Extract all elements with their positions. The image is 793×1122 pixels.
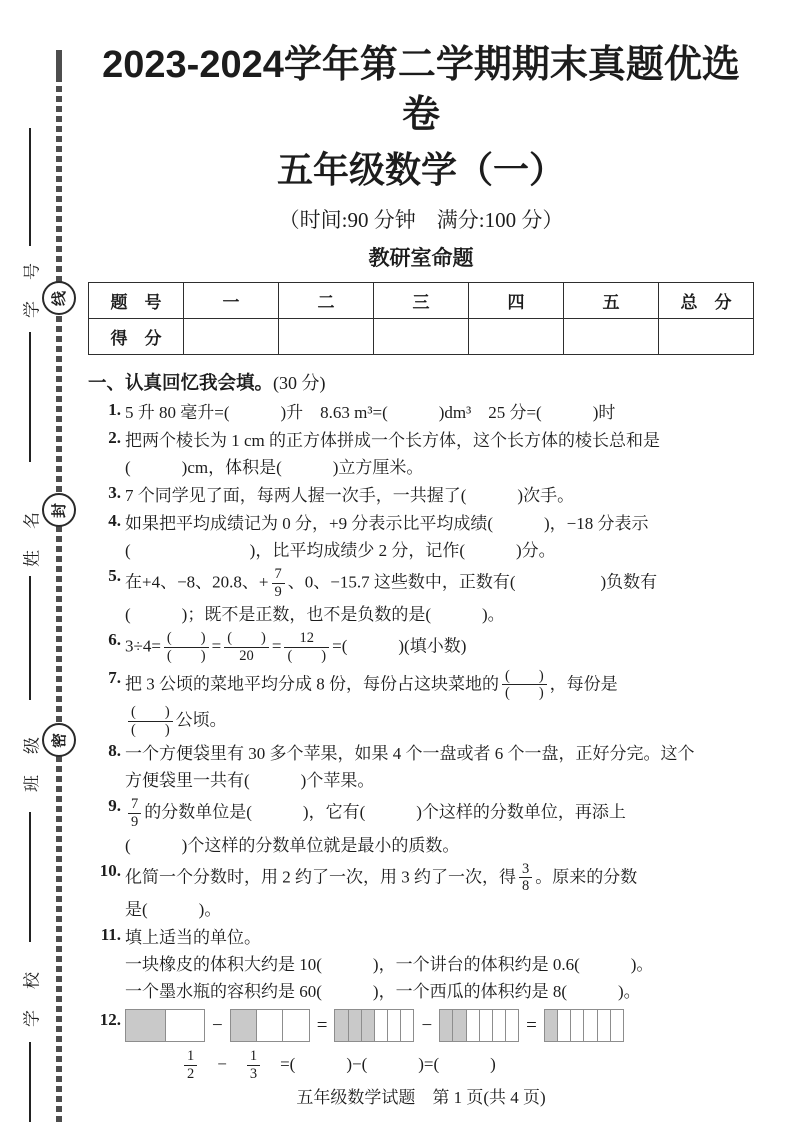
question-line: 填上适当的单位。	[125, 924, 754, 951]
write-on-line	[29, 1042, 31, 1122]
question-10: 10.化简一个分数时，用 2 约了一次，用 3 约了一次，得38。原来的分数是(…	[88, 860, 754, 923]
question-line: 在+4、−8、20.8、+79、0、−15.7 这些数中，正数有( )负数有	[125, 565, 754, 601]
question-number: 6.	[90, 630, 121, 650]
question-1: 1.5 升 80 毫升=( )升 8.63 m³=( )dm³ 25 分=( )…	[88, 399, 754, 426]
shaded-cell	[453, 1010, 466, 1041]
question-8: 8.一个方便袋里有 30 多个苹果，如果 4 个一盘或者 6 个一盘，正好分完。…	[88, 740, 754, 794]
question-number: 8.	[90, 741, 121, 761]
page-subtitle: 五年级数学（一）	[88, 146, 754, 193]
empty-cell	[401, 1010, 413, 1041]
score-cell	[184, 319, 279, 355]
seal-circle-feng: 封	[42, 493, 76, 527]
empty-cell	[506, 1010, 518, 1041]
question-11: 11.填上适当的单位。一块橡皮的体积大约是 10( )，一个讲台的体积约是 0.…	[88, 924, 754, 1005]
question-number: 12.	[90, 1010, 121, 1030]
score-row-label: 得 分	[89, 319, 184, 355]
operator: =	[317, 1015, 328, 1037]
seal-dotted-line	[56, 76, 62, 1122]
question-text: ( )，比平均成绩少 2 分，记作( )分。	[125, 541, 556, 560]
question-text: 。原来的分数	[535, 867, 637, 886]
empty-cell	[571, 1010, 584, 1041]
empty-cell	[375, 1010, 388, 1041]
shaded-cell	[335, 1010, 348, 1041]
fraction: 38	[519, 861, 532, 895]
fraction-numerator: 7	[272, 566, 285, 584]
fraction-denominator: 3	[247, 1066, 260, 1083]
question-9: 9.79的分数单位是( )，它有( )个这样的分数单位，再添上( )个这样的分数…	[88, 795, 754, 858]
question-7: 7.把 3 公顷的菜地平均分成 8 份，每份占这块菜地的( )( )，每份是( …	[88, 667, 754, 740]
questions-list: 1.5 升 80 毫升=( )升 8.63 m³=( )dm³ 25 分=( )…	[88, 399, 754, 1083]
fraction-numerator: 1	[247, 1048, 260, 1066]
question-line: ( )；既不是正数，也不是负数的是( )。	[125, 601, 754, 628]
write-on-line	[29, 332, 31, 462]
empty-cell	[598, 1010, 611, 1041]
question-text: −	[200, 1055, 244, 1074]
question-text: ，每份是	[550, 674, 618, 693]
question-text: 把 3 公顷的菜地平均分成 8 份，每份占这块菜地的	[125, 674, 499, 693]
question-3: 3.7 个同学见了面，每两人握一次手，一共握了( )次手。	[88, 482, 754, 509]
fraction-numerator: 12	[284, 630, 329, 648]
score-cell	[564, 319, 659, 355]
score-table-header-cell: 题 号	[89, 283, 184, 319]
fraction-numerator: 1	[184, 1048, 197, 1066]
question-number: 4.	[90, 511, 121, 531]
question-line: 一个方便袋里有 30 多个苹果，如果 4 个一盘或者 6 个一盘，正好分完。这个	[125, 740, 754, 767]
fraction-denominator: 9	[272, 584, 285, 601]
write-on-line	[29, 812, 31, 942]
question-line: ( )cm，体积是( )立方厘米。	[125, 454, 754, 481]
question-line: 把 3 公顷的菜地平均分成 8 份，每份占这块菜地的( )( )，每份是	[125, 667, 754, 703]
section-points: (30 分)	[273, 373, 326, 393]
fraction: ( )20	[224, 630, 269, 664]
fraction-numerator: ( )	[128, 704, 173, 722]
question-line: 把两个棱长为 1 cm 的正方体拼成一个长方体，这个长方体的棱长总和是	[125, 427, 754, 454]
question-number: 5.	[90, 566, 121, 586]
side-label-class: 班 级	[18, 724, 43, 804]
score-cell	[659, 319, 754, 355]
question-text: 填上适当的单位。	[125, 928, 261, 947]
question-text: ( )cm，体积是( )立方厘米。	[125, 458, 423, 477]
operator: =	[526, 1015, 537, 1037]
exam-paper-page: 学 号 姓 名 班 级 学 校 线 封 密 2023-2024学年第二学期期末真…	[0, 0, 793, 1122]
fraction: ( )( )	[128, 704, 173, 738]
question-number: 1.	[90, 400, 121, 420]
empty-cell	[257, 1010, 283, 1041]
question-text: 7 个同学见了面，每两人握一次手，一共握了( )次手。	[125, 486, 574, 505]
equation-line: 12 − 13 =( )−( )=( )	[125, 1047, 754, 1083]
fraction-numerator: ( )	[164, 630, 209, 648]
question-line: 化简一个分数时，用 2 约了一次，用 3 约了一次，得38。原来的分数	[125, 860, 754, 896]
score-table-header-cell: 二	[279, 283, 374, 319]
empty-cell	[493, 1010, 506, 1041]
question-line: 一块橡皮的体积大约是 10( )，一个讲台的体积约是 0.6( )。	[125, 951, 754, 978]
fraction-bar	[125, 1009, 205, 1042]
score-cell	[374, 319, 469, 355]
empty-cell	[166, 1010, 205, 1041]
fraction-denominator: ( )	[128, 722, 173, 739]
fraction-numerator: 3	[519, 861, 532, 879]
question-line: 7 个同学见了面，每两人握一次手，一共握了( )次手。	[125, 482, 754, 509]
question-number: 2.	[90, 428, 121, 448]
fraction: 12( )	[284, 630, 329, 664]
fraction: ( )( )	[502, 668, 547, 702]
fraction: 79	[272, 566, 285, 600]
question-text: ( )；既不是正数，也不是负数的是( )。	[125, 605, 505, 624]
empty-cell	[584, 1010, 597, 1041]
seal-circle-char: 封	[48, 502, 69, 517]
fraction-denominator: ( )	[284, 648, 329, 665]
question-text: 的分数单位是( )，它有( )个这样的分数单位，再添上	[144, 803, 626, 822]
question-4: 4.如果把平均成绩记为 0 分，+9 分表示比平均成绩( )，−18 分表示( …	[88, 510, 754, 564]
operator: −	[212, 1015, 223, 1037]
question-6: 6.3÷4=( )( )=( )20=12( )=( )(填小数)	[88, 629, 754, 665]
question-line: 方便袋里一共有( )个苹果。	[125, 767, 754, 794]
shaded-cell	[231, 1010, 257, 1041]
exam-setter: 教研室命题	[88, 245, 754, 272]
seal-circle-char: 密	[48, 732, 69, 747]
empty-cell	[558, 1010, 571, 1041]
score-table-header-cell: 五	[564, 283, 659, 319]
question-number: 10.	[90, 861, 121, 881]
score-table-header-cell: 三	[374, 283, 469, 319]
question-text: 把两个棱长为 1 cm 的正方体拼成一个长方体，这个长方体的棱长总和是	[125, 431, 660, 450]
question-2: 2.把两个棱长为 1 cm 的正方体拼成一个长方体，这个长方体的棱长总和是( )…	[88, 427, 754, 481]
question-text: 方便袋里一共有( )个苹果。	[125, 771, 374, 790]
page-title: 2023-2024学年第二学期期末真题优选卷	[88, 40, 754, 140]
empty-cell	[480, 1010, 493, 1041]
fraction-denominator: 20	[224, 648, 269, 665]
question-line: 3÷4=( )( )=( )20=12( )=( )(填小数)	[125, 629, 754, 665]
empty-cell	[388, 1010, 401, 1041]
operator: −	[421, 1015, 432, 1037]
score-table-header-cell: 四	[469, 283, 564, 319]
seal-circle-char: 线	[48, 290, 69, 305]
fraction-bar	[334, 1009, 414, 1042]
score-table-header-cell: 总 分	[659, 283, 754, 319]
score-table-header-row: 题 号 一 二 三 四 五 总 分	[89, 283, 754, 319]
side-label-student-number: 学 号	[18, 250, 43, 330]
main-content: 2023-2024学年第二学期期末真题优选卷 五年级数学（一） （时间:90 分…	[88, 40, 754, 1109]
question-number: 7.	[90, 668, 121, 688]
question-line: ( )( )公顷。	[125, 703, 754, 739]
seal-circle-xian: 线	[42, 281, 76, 315]
fraction: 13	[247, 1048, 260, 1082]
question-line: 5 升 80 毫升=( )升 8.63 m³=( )dm³ 25 分=( )时	[125, 399, 754, 426]
score-table-score-row: 得 分	[89, 319, 754, 355]
fraction: 79	[128, 796, 141, 830]
empty-cell	[611, 1010, 623, 1041]
question-text: 一个墨水瓶的容积约是 60( )，一个西瓜的体积约是 8( )。	[125, 982, 641, 1001]
question-text: =( )−( )=( )	[263, 1055, 496, 1074]
question-5: 5.在+4、−8、20.8、+79、0、−15.7 这些数中，正数有( )负数有…	[88, 565, 754, 628]
question-text: 公顷。	[176, 711, 227, 730]
exam-time-score-info: （时间:90 分钟 满分:100 分）	[88, 206, 754, 234]
shaded-cell	[440, 1010, 453, 1041]
fraction: 12	[184, 1048, 197, 1082]
fraction: ( )( )	[164, 630, 209, 664]
write-on-line	[29, 576, 31, 700]
fraction-bar	[439, 1009, 519, 1042]
question-text: 5 升 80 毫升=( )升 8.63 m³=( )dm³ 25 分=( )时	[125, 403, 615, 422]
fraction-numerator: ( )	[502, 668, 547, 686]
score-cell	[469, 319, 564, 355]
seal-circle-mi: 密	[42, 723, 76, 757]
question-text: 如果把平均成绩记为 0 分，+9 分表示比平均成绩( )，−18 分表示	[125, 514, 649, 533]
shaded-cell	[349, 1010, 362, 1041]
question-number: 9.	[90, 796, 121, 816]
fraction-denominator: 8	[519, 878, 532, 895]
fraction-numerator: ( )	[224, 630, 269, 648]
question-text: 化简一个分数时，用 2 约了一次，用 3 约了一次，得	[125, 867, 516, 886]
question-text: 是( )。	[125, 900, 221, 919]
shaded-cell	[362, 1010, 375, 1041]
fraction-denominator: ( )	[164, 648, 209, 665]
fraction-denominator: ( )	[502, 685, 547, 702]
fraction-denominator: 9	[128, 814, 141, 831]
side-label-school: 学 校	[18, 959, 43, 1039]
fraction-denominator: 2	[184, 1066, 197, 1083]
seal-line-solid-segment	[56, 50, 62, 76]
question-text: 一块橡皮的体积大约是 10( )，一个讲台的体积约是 0.6( )。	[125, 955, 653, 974]
empty-cell	[467, 1010, 480, 1041]
question-text: 、0、−15.7 这些数中，正数有( )负数有	[288, 573, 657, 592]
question-number: 11.	[90, 925, 121, 945]
question-text: 一个方便袋里有 30 多个苹果，如果 4 个一盘或者 6 个一盘，正好分完。这个	[125, 744, 695, 763]
question-text: =( )(填小数)	[332, 637, 466, 656]
fraction-bars-row: −=−=	[125, 1009, 754, 1042]
shaded-cell	[126, 1010, 166, 1041]
question-line: 是( )。	[125, 896, 754, 923]
question-line: 一个墨水瓶的容积约是 60( )，一个西瓜的体积约是 8( )。	[125, 978, 754, 1005]
score-table-header-cell: 一	[184, 283, 279, 319]
shaded-cell	[545, 1010, 558, 1041]
empty-cell	[283, 1010, 308, 1041]
fraction-bar	[544, 1009, 624, 1042]
question-text: =	[272, 637, 282, 656]
score-cell	[279, 319, 374, 355]
write-on-line	[29, 128, 31, 246]
question-line: ( )，比平均成绩少 2 分，记作( )分。	[125, 537, 754, 564]
question-text: ( )个这样的分数单位就是最小的质数。	[125, 836, 459, 855]
question-line: 79的分数单位是( )，它有( )个这样的分数单位，再添上	[125, 795, 754, 831]
question-text: =	[212, 637, 222, 656]
section-one-heading: 一、认真回忆我会填。(30 分)	[88, 370, 754, 396]
side-label-name: 姓 名	[18, 499, 43, 579]
fraction-bar	[230, 1009, 310, 1042]
question-text: 在+4、−8、20.8、+	[125, 573, 269, 592]
question-number: 3.	[90, 483, 121, 503]
question-line: ( )个这样的分数单位就是最小的质数。	[125, 832, 754, 859]
question-text: 3÷4=	[125, 637, 161, 656]
question-line: 如果把平均成绩记为 0 分，+9 分表示比平均成绩( )，−18 分表示	[125, 510, 754, 537]
score-table: 题 号 一 二 三 四 五 总 分 得 分	[88, 282, 754, 355]
section-title: 一、认真回忆我会填。	[88, 372, 273, 393]
fraction-numerator: 7	[128, 796, 141, 814]
question-12: 12.−=−=12 − 13 =( )−( )=( )	[88, 1009, 754, 1083]
page-footer: 五年级数学试题 第 1 页(共 4 页)	[88, 1087, 754, 1109]
